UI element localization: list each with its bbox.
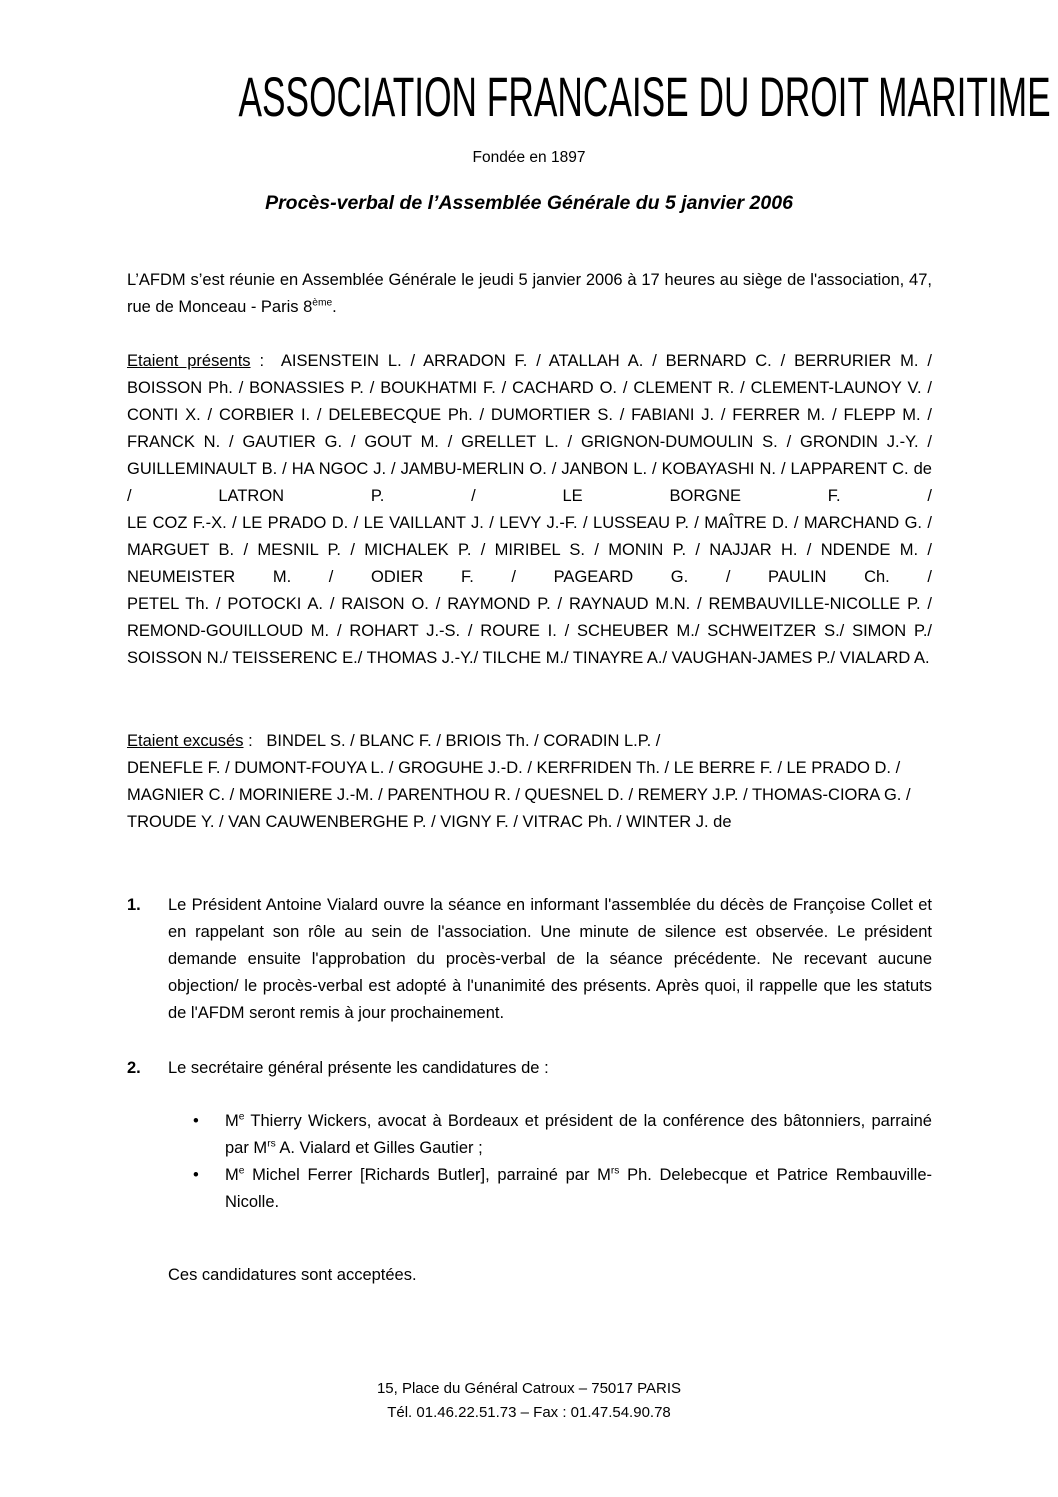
candidate-bullet-1: • Me Thierry Wickers, avocat à Bordeaux … (193, 1108, 932, 1162)
candidate-1-superscript-2: rs (267, 1139, 276, 1150)
candidate-bullet-2: • Me Michel Ferrer [Richards Butler], pa… (193, 1162, 932, 1216)
candidate-1-text: Me Thierry Wickers, avocat à Bordeaux et… (225, 1108, 932, 1162)
footer-address: 15, Place du Général Catroux – 75017 PAR… (0, 1377, 1058, 1401)
document-page: ASSOCIATION FRANCAISE DU DROIT MARITIME … (0, 0, 1058, 1497)
closing-statement: Ces candidatures sont acceptées. (168, 1262, 932, 1289)
attendees-present-paragraph: Etaient présents : AISENSTEIN L. / ARRAD… (127, 348, 932, 672)
intro-paragraph: L’AFDM s’est réunie en Assemblée Général… (127, 267, 932, 321)
agenda-item-1-text: Le Président Antoine Vialard ouvre la sé… (168, 892, 932, 1027)
attendees-present-names-2: LE COZ F.-X. / LE PRADO D. / LE VAILLANT… (127, 510, 932, 591)
bullet-icon: • (193, 1108, 225, 1162)
agenda-item-2: 2. Le secrétaire général présente les ca… (127, 1055, 932, 1082)
founded-line: Fondée en 1897 (0, 149, 1058, 167)
candidate-1-sponsors: A. Vialard et Gilles Gautier ; (276, 1139, 483, 1157)
bullet-icon: • (193, 1162, 225, 1216)
agenda-item-1: 1. Le Président Antoine Vialard ouvre la… (127, 892, 932, 1027)
document-body: L’AFDM s’est réunie en Assemblée Général… (127, 267, 932, 1289)
candidate-1-honorific: M (225, 1112, 239, 1130)
document-title: ASSOCIATION FRANCAISE DU DROIT MARITIME (238, 64, 1050, 129)
attendees-excused-separator: : (243, 732, 266, 750)
candidate-2-honorific: M (225, 1166, 239, 1184)
attendees-present-names-1: AISENSTEIN L. / ARRADON F. / ATALLAH A. … (127, 352, 932, 505)
candidate-2-text: Me Michel Ferrer [Richards Butler], parr… (225, 1162, 932, 1216)
intro-superscript: ème (312, 298, 332, 309)
footer-phone-fax: Tél. 01.46.22.51.73 – Fax : 01.47.54.90.… (0, 1401, 1058, 1425)
title-line: ASSOCIATION FRANCAISE DU DROIT MARITIME (0, 0, 1058, 129)
document-subtitle: Procès-verbal de l’Assemblée Générale du… (0, 192, 1058, 215)
candidates-list: • Me Thierry Wickers, avocat à Bordeaux … (127, 1108, 932, 1216)
page-footer: 15, Place du Général Catroux – 75017 PAR… (0, 1377, 1058, 1425)
attendees-excused-names-2: DENEFLE F. / DUMONT-FOUYA L. / GROGUHE J… (127, 759, 911, 831)
intro-period: . (332, 298, 337, 316)
attendees-present-separator: : (251, 352, 281, 370)
attendees-present-label: Etaient présents (127, 352, 251, 370)
agenda-item-1-number: 1. (127, 892, 168, 1027)
attendees-excused-names-1: BINDEL S. / BLANC F. / BRIOIS Th. / CORA… (266, 732, 660, 750)
attendees-excused-paragraph: Etaient excusés : BINDEL S. / BLANC F. /… (127, 728, 932, 836)
attendees-present-names-3: PETEL Th. / POTOCKI A. / RAISON O. / RAY… (127, 591, 932, 672)
intro-text: L’AFDM s’est réunie en Assemblée Général… (127, 271, 932, 316)
agenda-item-2-number: 2. (127, 1055, 168, 1082)
attendees-excused-label: Etaient excusés (127, 732, 243, 750)
attendees-present-part-1: Etaient présents : AISENSTEIN L. / ARRAD… (127, 348, 932, 510)
agenda-item-2-text: Le secrétaire général présente les candi… (168, 1055, 932, 1082)
candidate-2-body: Michel Ferrer [Richards Butler], parrain… (244, 1166, 610, 1184)
